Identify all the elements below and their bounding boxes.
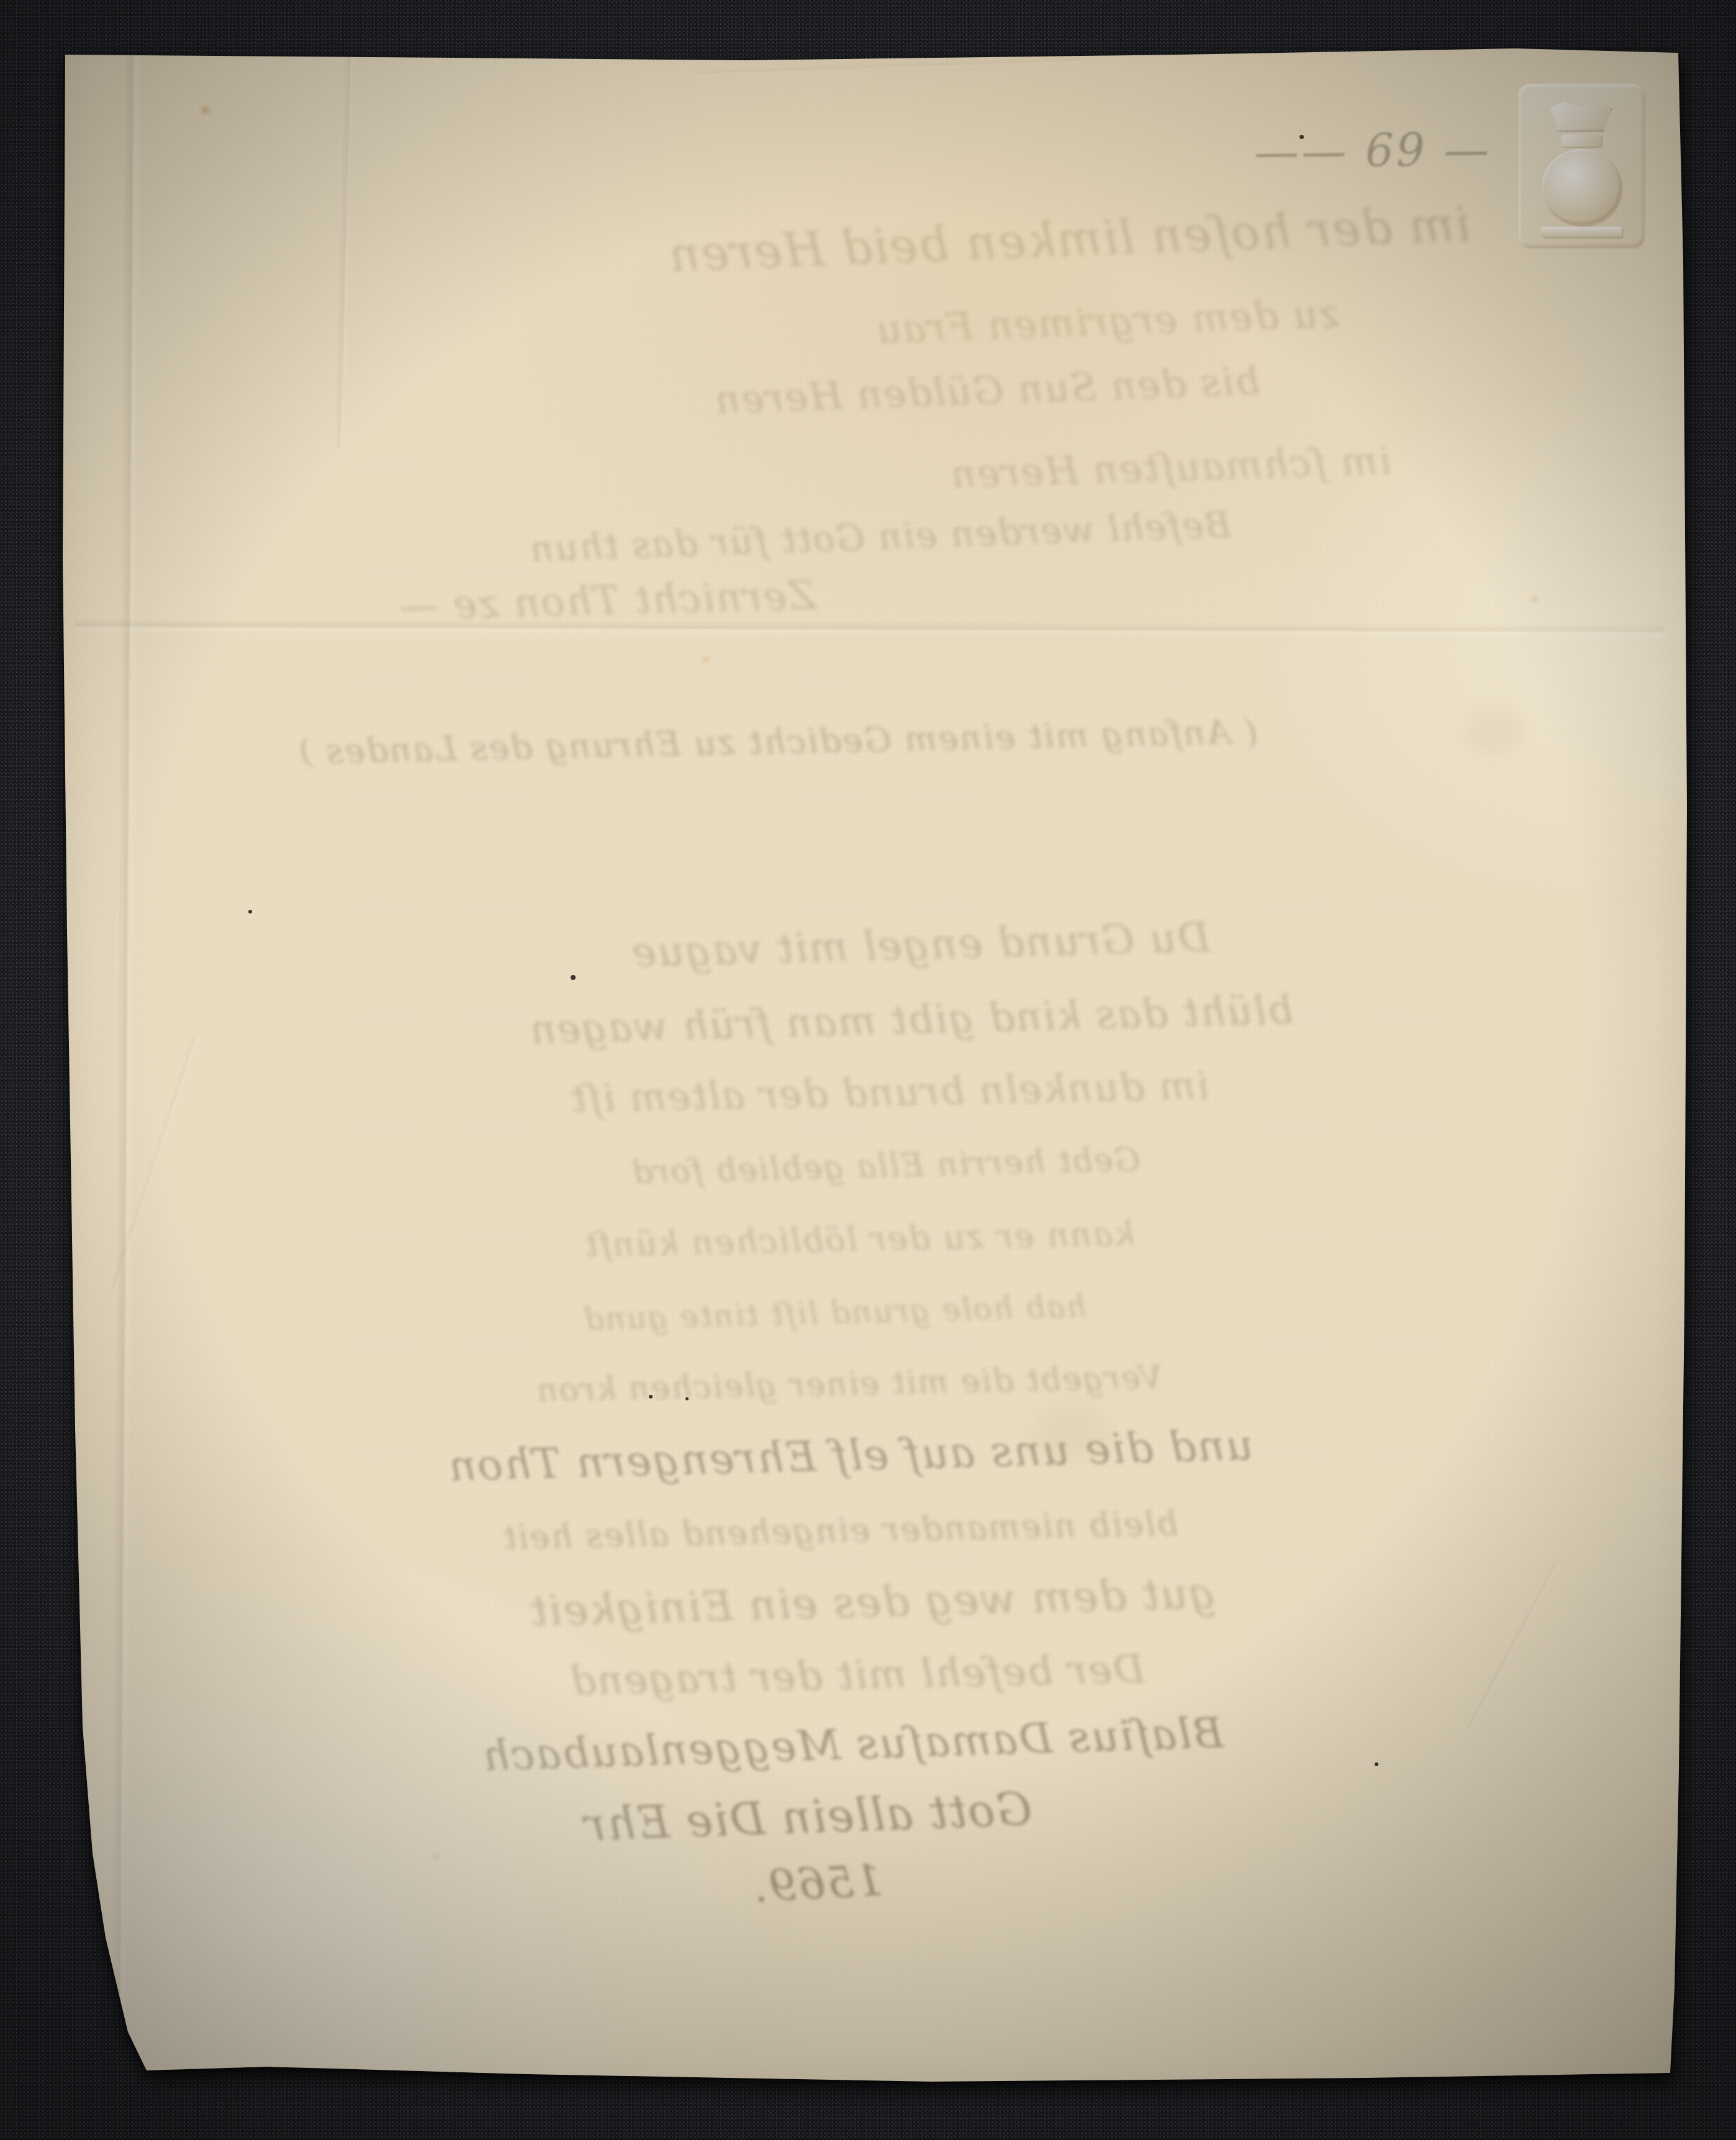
- foxing-spot: [433, 1854, 439, 1859]
- foxing-spot: [703, 657, 709, 662]
- manuscript-scan: im der hoſen limken beid Heren zu dem er…: [0, 0, 1736, 2140]
- crease-line: [0, 1851, 102, 2121]
- embossed-stamp: [1519, 84, 1644, 247]
- stain-smudge: [1465, 708, 1524, 755]
- bleedthrough-line: im der hoſen limken beid Heren: [667, 201, 1472, 279]
- bleedthrough-line: Gott allein Die Ehr: [582, 1787, 1033, 1847]
- crease-line: [695, 55, 1080, 79]
- bleedthrough-line: bis den Sun Gülden Heren: [713, 362, 1260, 420]
- bleedthrough-line: Vergebt die mit einer gleichen kron: [536, 1361, 1163, 1407]
- bleedthrough-line: gut dem weg des ein Einigkeit: [528, 1573, 1216, 1633]
- ink-speck: [685, 1397, 689, 1400]
- stamp-crest: [1542, 149, 1621, 225]
- bleedthrough-line: kann er zu der löblichen künft: [583, 1217, 1135, 1263]
- crease-line: [75, 619, 1664, 640]
- foxing-spot: [201, 107, 209, 114]
- bleedthrough-line: zu dem ergrimen Frau: [875, 294, 1340, 349]
- folio-number: —— 69 —: [1254, 127, 1491, 175]
- bleedthrough-line: Blaſius Damaſus Meggenlaubach: [481, 1712, 1224, 1778]
- crease-line: [108, 1036, 200, 1293]
- bleedthrough-line: im dunkeln brund der altem iſt: [569, 1066, 1209, 1118]
- foxing-spot: [1531, 596, 1538, 602]
- bleedthrough-line: bleib niemander eingehend alles heit: [502, 1507, 1178, 1555]
- bleedthrough-line: hab hole grund liſt tinte gund: [582, 1290, 1087, 1335]
- ink-speck: [248, 910, 252, 914]
- bleedthrough-line: Zernicht Thon ze —: [397, 576, 816, 627]
- stain-smudge: [1031, 1403, 1111, 1462]
- bleedthrough-line: Du Grund engel mit vague: [630, 917, 1211, 973]
- bleedthrough-line: im ſchmauſten Heren: [949, 442, 1391, 494]
- stamp-base: [1541, 227, 1622, 237]
- bleedthrough-line-year: 1569.: [751, 1859, 884, 1909]
- ink-speck: [571, 975, 576, 980]
- bleedthrough-line: Der befehl mit der tragend: [569, 1649, 1145, 1701]
- crease-line: [1465, 1561, 1560, 1730]
- stamp-band: [1562, 134, 1601, 147]
- bleedthrough-line: blüht das kind gibt man früh wagen: [528, 991, 1293, 1050]
- bleedthrough-line: und die uns auf elf Ehrengern Thon: [447, 1425, 1254, 1488]
- paper-sheet-wrapper: im der hoſen limken beid Heren zu dem er…: [0, 0, 1736, 2140]
- crease-line: [110, 53, 143, 2074]
- bleedthrough-line: Gebt herrin Ella geblieb ford: [630, 1143, 1140, 1189]
- paper-sheet: im der hoſen limken beid Heren zu dem er…: [0, 0, 1736, 2140]
- crease-line: [333, 50, 358, 447]
- ink-speck: [649, 1395, 653, 1399]
- bleedthrough-line: ( Anfang mit einem Gedicht zu Ehrung des…: [298, 715, 1259, 769]
- ink-speck: [1300, 135, 1304, 139]
- ink-speck: [1375, 1762, 1378, 1766]
- bleedthrough-line: Befehl werden ein Gott für das thun: [528, 506, 1232, 566]
